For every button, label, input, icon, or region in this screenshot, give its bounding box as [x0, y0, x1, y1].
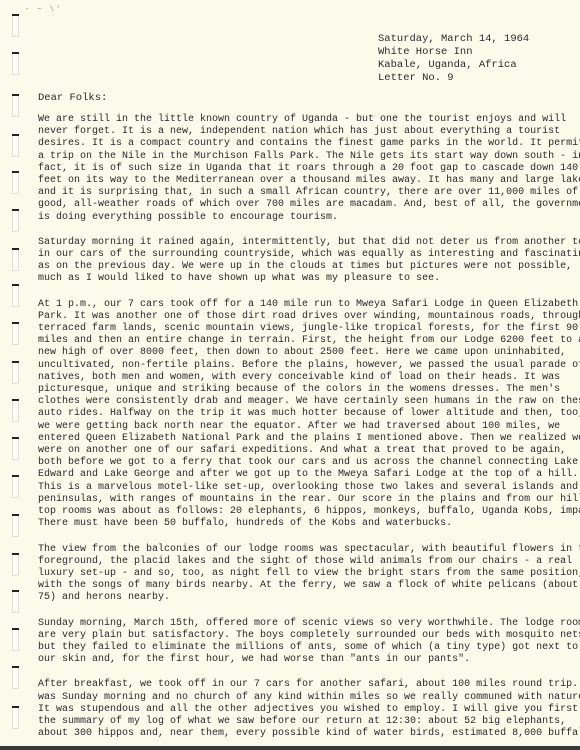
text-line: peninsulas, with ranges of mountains in … [38, 494, 578, 506]
binder-hole-mark [11, 171, 20, 194]
binder-hole-mark [11, 284, 20, 307]
text-line: picturesque, unique and striking because… [38, 384, 578, 396]
binder-hole-mark [11, 666, 20, 689]
text-line: in our cars of the surrounding countrysi… [38, 249, 578, 261]
letter-location: Kabale, Uganda, Africa [378, 59, 529, 72]
text-line: the summary of my log of what we saw bef… [38, 716, 578, 728]
text-line: good, all-weather roads of which over 70… [38, 199, 578, 211]
text-line: much as I would liked to have shown up w… [38, 273, 578, 285]
letter-body: We are still in the little known country… [38, 114, 578, 750]
text-line: natives, both men and women, with every … [38, 372, 578, 384]
text-line: Saturday morning it rained again, interm… [38, 237, 578, 249]
text-line: Edward and Lake George and after we got … [38, 469, 578, 481]
text-line: we were getting back north near the equa… [38, 421, 578, 433]
text-line: desires. It is a compact country and con… [38, 138, 578, 150]
text-line: At 1 p.m., our 7 cars took off for a 140… [38, 299, 578, 311]
binder-hole-mark [11, 628, 20, 651]
text-line: auto rides. Halfway on the trip it was m… [38, 408, 578, 420]
text-line: top rooms was about as follows: 20 eleph… [38, 506, 578, 518]
letter-paragraph: The view from the balconies of our lodge… [38, 544, 578, 605]
binder-hole-mark [11, 399, 20, 422]
binder-margin [11, 0, 21, 750]
text-line: 75) and herons nearby. [38, 592, 578, 604]
letter-paragraph: After breakfast, we took off in our 7 ca… [38, 679, 578, 740]
text-line: as on the previous day. We were up in th… [38, 261, 578, 273]
text-line: both before we got to a ferry that took … [38, 457, 578, 469]
text-line: entered Queen Elizabeth National Park an… [38, 433, 578, 445]
text-line: terraced farm lands, scenic mountain vie… [38, 323, 578, 335]
letter-paragraph: We are still in the little known country… [38, 114, 578, 224]
binder-hole-mark [11, 94, 20, 117]
binder-hole-mark [11, 514, 20, 537]
letter-place: White Horse Inn [378, 46, 529, 59]
binder-hole-mark [11, 553, 20, 576]
text-line: is doing everything possible to encourag… [38, 212, 578, 224]
pencil-scribble: - ~ \' [25, 6, 62, 14]
binder-hole-mark [11, 134, 20, 157]
text-line: our skin and, for the first hour, we had… [38, 654, 578, 666]
letter-paragraph: Sunday morning, March 15th, offered more… [38, 618, 578, 667]
text-line: was Sunday morning and no church of any … [38, 692, 578, 704]
letter-number: Letter No. 9 [378, 72, 529, 85]
text-line: and it is surprising that, in such a sma… [38, 187, 578, 199]
text-line: The view from the balconies of our lodge… [38, 544, 578, 556]
letter-header: Saturday, March 14, 1964 White Horse Inn… [378, 33, 529, 85]
binder-hole-mark [11, 590, 20, 613]
binder-hole-mark [11, 14, 20, 37]
letter-paragraph: Saturday morning it rained again, interm… [38, 237, 578, 286]
text-line: about 300 hippos and, near them, every p… [38, 728, 578, 740]
text-line: a trip on the Nile in the Murchison Fall… [38, 151, 578, 163]
letter-date: Saturday, March 14, 1964 [378, 33, 529, 46]
text-line: new high of over 8000 feet, then down to… [38, 347, 578, 359]
salutation: Dear Folks: [38, 92, 107, 104]
text-line: were on another one of our safari expedi… [38, 445, 578, 457]
binder-hole-mark [11, 706, 20, 729]
text-line: luxury set-up - and so, too, as night fe… [38, 568, 578, 580]
page-bottom-edge [0, 746, 580, 750]
text-line: Park. It was another one of those dirt r… [38, 311, 578, 323]
text-line: but they failed to eliminate the million… [38, 642, 578, 654]
text-line: miles and then an entire change in terra… [38, 335, 578, 347]
binder-hole-mark [11, 322, 20, 345]
text-line: never forget. It is a new, independent n… [38, 126, 578, 138]
binder-hole-mark [11, 209, 20, 232]
text-line: After breakfast, we took off in our 7 ca… [38, 679, 578, 691]
binder-hole-mark [11, 52, 20, 75]
text-line: clothes were consistently drab and meage… [38, 396, 578, 408]
text-line: are very plain but satisfactory. The boy… [38, 630, 578, 642]
text-line: foreground, the placid lakes and the sig… [38, 556, 578, 568]
text-line: feet on its way to the Mediterranean ove… [38, 175, 578, 187]
text-line: We are still in the little known country… [38, 114, 578, 126]
text-line: with the songs of many birds nearby. At … [38, 580, 578, 592]
binder-hole-mark [11, 248, 20, 271]
binder-hole-mark [11, 475, 20, 498]
text-line: This is a marvelous motel-like set-up, o… [38, 482, 578, 494]
text-line: It was stupendous and all the other adje… [38, 704, 578, 716]
letter-paragraph: At 1 p.m., our 7 cars took off for a 140… [38, 299, 578, 531]
letter-page: - ~ \' Saturday, March 14, 1964 White Ho… [0, 0, 580, 750]
text-line: uncultivated, non-fertile plains. Before… [38, 360, 578, 372]
text-line: There must have been 50 buffalo, hundred… [38, 518, 578, 530]
binder-hole-mark [11, 437, 20, 460]
text-line: Sunday morning, March 15th, offered more… [38, 618, 578, 630]
binder-hole-mark [11, 361, 20, 384]
text-line: fact, it is of such size in Uganda that … [38, 163, 578, 175]
